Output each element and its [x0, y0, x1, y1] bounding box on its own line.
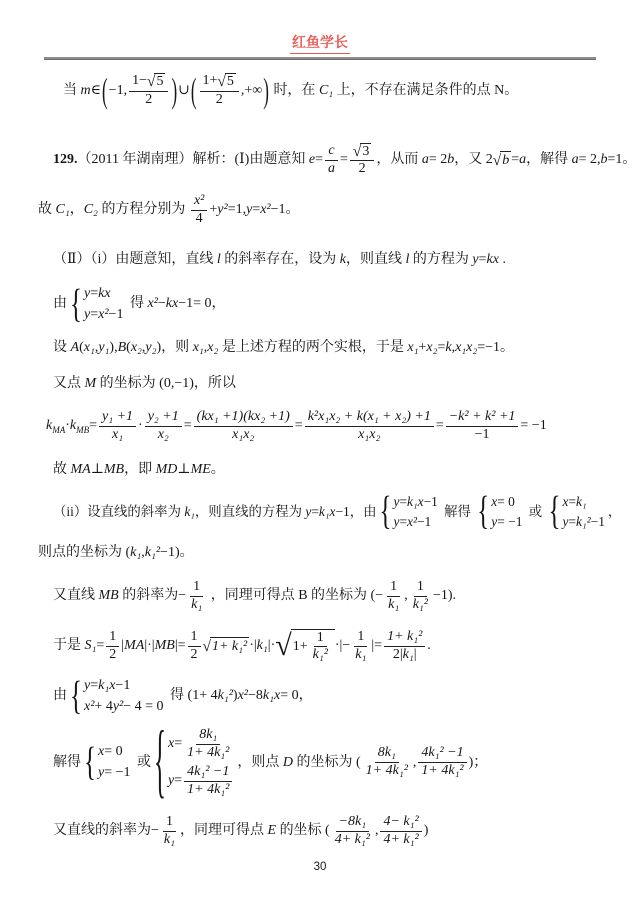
denominator: 1+ 4k₁² — [184, 745, 232, 762]
left-brace-icon: { — [380, 492, 392, 532]
numerator: 1 — [106, 629, 119, 647]
cases-group: { y=k₁x−1 x²+ 4y²− 4 = 0 — [70, 677, 164, 716]
line-system-kx: 由 { y=kx y=x²−1 得 x²−kx−1= 0， — [38, 285, 602, 324]
math-var: ME — [191, 461, 211, 479]
math-var: A — [71, 339, 80, 357]
text-run: ), — [109, 339, 117, 357]
numerator: 4k₁² −1 — [184, 764, 232, 782]
math-var: y₁ — [98, 339, 109, 357]
text-run: = — [479, 251, 487, 269]
math-var: x₁x₂ — [455, 339, 477, 357]
math-var: C₁ — [56, 201, 70, 219]
fraction: 1k₁ — [188, 579, 205, 614]
text-run: . — [499, 251, 506, 269]
text-run: 是上述方程的两个实根，于是 — [218, 339, 407, 357]
denominator: k₁ — [161, 832, 178, 849]
math-var: b — [601, 151, 608, 169]
line-problem-129: 129.（2011 年湖南理）解析：(Ⅰ)由题意知 e= ca = √3 2 ，… — [38, 143, 602, 179]
text-run: ，同理可得点 — [180, 822, 268, 840]
math-var: MA — [124, 637, 144, 655]
math-var: a — [422, 151, 429, 169]
numerator: k²x₁x₂ + k(x₁ + x₂) +1 — [305, 409, 434, 427]
line-slope-product: kMA·kMB= y₁ +1x₁ · y₂ +1x₂ = (kx₁ +1)(kx… — [38, 409, 602, 444]
problem-number: 129. — [53, 151, 78, 169]
text-run: = — [96, 637, 104, 655]
text-run: = — [399, 513, 407, 531]
text-run: −1。 — [271, 201, 300, 219]
denominator: −1 — [472, 427, 493, 444]
text-run: 故 — [53, 461, 71, 479]
math-var: x₂ — [131, 339, 142, 357]
text-run: = — [90, 306, 98, 324]
denominator: 1+ 4k₁² — [184, 782, 232, 799]
sqrt-radical: √3 — [353, 143, 371, 161]
case-row: y=kx — [84, 285, 111, 303]
numerator: y₁ +1 — [99, 409, 136, 427]
numerator: 1 — [414, 579, 427, 597]
radicand: 5 — [225, 73, 236, 91]
cases-group: { x=k₁ y=k₁²−1 — [549, 493, 605, 530]
line-slope-mb: 又直线 MB 的斜率为− 1k₁ ，同理可得点 B 的坐标为 (− 1k₁ , … — [38, 579, 602, 614]
denominator: 2 — [142, 92, 155, 109]
math-var: k₁x — [407, 493, 424, 511]
text-run: （2011 年湖南理）解析：(Ⅰ)由题意知 — [78, 151, 309, 169]
denominator: 4 — [193, 211, 206, 228]
left-brace-icon: { — [84, 743, 96, 783]
line-system-ellipse: 由 { y=k₁x−1 x²+ 4y²− 4 = 0 得 (1+ 4k₁²)x²… — [38, 677, 602, 716]
denominator: 2|k₁| — [390, 647, 420, 664]
denominator: 2 — [356, 161, 369, 178]
denominator: k₁ — [352, 647, 369, 664]
radicand: b — [500, 151, 511, 170]
text-run: = — [511, 151, 519, 169]
fraction: 1+ k₁²2|k₁| — [384, 629, 425, 664]
radicand: 5 — [154, 73, 165, 91]
line-curve-equations: 故 C₁，C₂ 的方程分别为 x²4 +y²=1,y=x²−1。 — [38, 193, 602, 228]
fraction: √3 2 — [350, 143, 374, 179]
math-var: x₁ — [193, 339, 204, 357]
math-var: x₁ — [407, 339, 418, 357]
fraction: y₁ +1x₁ — [99, 409, 136, 444]
text-run: 设 — [53, 339, 71, 357]
text-run: 解得 — [53, 754, 81, 772]
case-row: y=4k₁² −11+ 4k₁² — [168, 764, 234, 799]
text-run: ⊥ — [91, 461, 104, 479]
denominator: k₁² — [410, 597, 431, 614]
fraction: k²x₁x₂ + k(x₁ + x₂) +1x₁x₂ — [305, 409, 434, 444]
fraction: 8k₁1+ 4k₁² — [363, 745, 411, 780]
sqrt-radical: √1+1k₁² — [275, 629, 335, 665]
numerator: 8k₁ — [196, 727, 220, 745]
text-run: = — [568, 493, 576, 511]
text-run: ·|− — [335, 637, 350, 655]
text-run: 由 — [53, 687, 67, 705]
math-var: x₁ — [84, 339, 95, 357]
text-run: , — [404, 587, 408, 605]
fraction: 1k₁ — [161, 814, 178, 849]
case-row: y=x²−1 — [84, 306, 123, 324]
text-run: = — [311, 503, 319, 521]
denominator: 4+ k₁² — [380, 832, 421, 849]
text-run: ，又 2 — [454, 151, 493, 169]
text-run: = — [295, 417, 303, 435]
line-part2-i: （Ⅱ）（i）由题意知，直线 l 的斜率存在，设为 k，则直线 l 的方程为 y=… — [38, 251, 602, 269]
fraction: 8k₁1+ 4k₁² — [184, 727, 232, 762]
text-run: ，则直线 — [346, 251, 406, 269]
text-run: |= — [175, 637, 186, 655]
fraction: 4− k₁²4+ k₁² — [380, 814, 421, 849]
math-var: C₂ — [84, 201, 98, 219]
math-var: B — [118, 339, 127, 357]
fraction: 1−√5 2 — [129, 73, 168, 109]
text-run: = 0， — [280, 687, 312, 705]
text-run: = 0 — [104, 743, 122, 761]
text-run: −1 — [417, 513, 431, 531]
text-run: 1− — [132, 73, 147, 91]
numerator: 1−√5 — [129, 73, 168, 92]
math-var: k₁x — [319, 503, 336, 521]
text-run: )； — [469, 754, 488, 772]
numerator: 1 — [188, 629, 201, 647]
math-var: x² — [98, 306, 108, 324]
numerator: 4− k₁² — [380, 814, 421, 832]
fraction: 4k₁² −11+ 4k₁² — [184, 764, 232, 799]
header-title: 红鱼学长 — [290, 32, 350, 54]
text-run: ， — [70, 201, 84, 219]
numerator: 1 — [190, 579, 203, 597]
numerator: c — [325, 143, 337, 161]
text-run: |= — [371, 637, 382, 655]
denominator: x₁x₂ — [229, 427, 257, 444]
rparen-icon: ) — [263, 73, 269, 108]
radicand: 1+ k₁² — [210, 637, 249, 656]
math-var: S₁ — [85, 637, 97, 655]
text-run: 当 — [63, 82, 81, 100]
cases-group: { x=8k₁1+ 4k₁² y=4k₁² −11+ 4k₁² — [154, 727, 234, 798]
math-var: D — [283, 754, 293, 772]
line-point-e: 又直线的斜率为− 1k₁ ，同理可得点 E 的坐标 ( −8k₁4+ k₁² ,… — [38, 814, 602, 849]
fraction: 1k₁² — [310, 630, 331, 665]
fraction: −8k₁4+ k₁² — [332, 814, 373, 849]
fraction: 1k₁ — [352, 629, 369, 664]
line-area-s1: 于是 S₁= 12 |MA|·|MB|= 12 √1+ k₁² ·|k₁|· √… — [38, 629, 602, 665]
text-run: = — [174, 735, 182, 753]
text-run: 1+ — [203, 73, 218, 91]
text-run: 的坐标 ( — [276, 822, 330, 840]
text-run: （Ⅱ）（i）由题意知，直线 — [53, 251, 217, 269]
case-rows: y=k₁x−1 y=x²−1 — [394, 493, 438, 530]
numerator: 1+√5 — [200, 73, 239, 92]
fraction: (kx₁ +1)(kx₂ +1)x₁x₂ — [194, 409, 293, 444]
text-run: −1). — [433, 587, 456, 605]
text-run: | — [414, 647, 417, 664]
text-run: = — [568, 513, 576, 531]
text-run: −1 — [591, 513, 605, 531]
text-run: ，即 — [124, 461, 156, 479]
lparen-icon: ( — [102, 73, 108, 108]
fraction: −k² + k² +1−1 — [446, 409, 519, 444]
math-var: x² — [407, 513, 417, 531]
text-run: 时，在 — [270, 82, 319, 100]
sqrt-radical: √b — [493, 151, 511, 170]
left-brace-icon: { — [154, 722, 166, 805]
text-run: · — [138, 417, 143, 435]
math-var: kx — [98, 285, 110, 303]
text-run: , — [413, 754, 417, 772]
case-row: x²+ 4y²− 4 = 0 — [84, 698, 164, 716]
radicand: 1+1k₁² — [291, 629, 335, 665]
math-var: k₁ — [576, 493, 587, 511]
text-run: 又直线的斜率为− — [53, 822, 159, 840]
text-run: =−1。 — [477, 339, 514, 357]
text-run: ，则点 — [237, 754, 283, 772]
text-run: 1+ — [293, 638, 308, 656]
numerator: 4k₁² −1 — [418, 745, 466, 763]
text-run: − — [158, 295, 166, 313]
cases-group: { x= 0 y= −1 — [84, 743, 131, 782]
math-var: C₁ — [319, 82, 333, 100]
text-run: 得 — [126, 295, 147, 313]
text-run: −1 — [109, 306, 124, 324]
math-var: x² — [238, 687, 248, 705]
page-number: 30 — [38, 861, 602, 873]
case-rows: x=k₁ y=k₁²−1 — [563, 493, 605, 530]
case-row: y= −1 — [98, 764, 131, 782]
numerator: 8k₁ — [375, 745, 399, 763]
math-var: MB — [99, 587, 119, 605]
text-run: ,+∞ — [241, 82, 262, 100]
text-run: , — [375, 822, 379, 840]
fraction: x²4 — [191, 193, 207, 228]
line-m-range: 当 m∈ ( −1, 1−√5 2 ) ∪ ( 1+√5 2 ,+∞ ) 时，在… — [38, 73, 602, 109]
text-run: = — [90, 285, 98, 303]
math-var: kx — [487, 251, 499, 269]
text-run: = 2 — [429, 151, 447, 169]
math-var: x₂ — [426, 339, 437, 357]
denominator: 2 — [106, 647, 119, 664]
line-perpendicular: 故 MA⊥MB，即 MD⊥ME。 — [38, 461, 602, 479]
text-run: 故 — [38, 201, 56, 219]
math-var: b — [447, 151, 454, 169]
left-brace-icon: { — [70, 285, 82, 325]
numerator: −8k₁ — [336, 814, 370, 832]
text-run: = — [399, 493, 407, 511]
text-run: 的斜率存在，设为 — [221, 251, 340, 269]
text-run: 得 (1+ 4 — [167, 687, 218, 705]
page-header: 红鱼学长 — [38, 0, 602, 60]
text-run: = — [437, 339, 445, 357]
case-rows: x= 0 y= −1 — [491, 493, 522, 530]
text-run: ∈ — [91, 82, 101, 100]
case-row: y=k₁²−1 — [563, 513, 605, 531]
math-var: x² — [260, 201, 270, 219]
text-run: −1 — [424, 493, 438, 511]
math-var: E — [268, 822, 277, 840]
text-run: = −1 — [520, 417, 546, 435]
text-run: = — [315, 151, 323, 169]
denominator: 2 — [188, 647, 201, 664]
text-run: 或 — [134, 754, 152, 772]
math-var: y² — [217, 201, 227, 219]
numerator: 1 — [163, 814, 176, 832]
math-var: a — [572, 151, 579, 169]
numerator: y₂ +1 — [145, 409, 182, 427]
math-var: kx — [166, 295, 178, 313]
text-run: ，解得 — [526, 151, 572, 169]
text-run: = — [184, 417, 192, 435]
text-run: )，则 — [157, 339, 193, 357]
text-run: −1, — [109, 82, 127, 100]
fraction: 4k₁² −11+ 4k₁² — [418, 745, 466, 780]
text-run: = — [90, 677, 98, 695]
fraction: 12 — [188, 629, 201, 664]
text-run: （ii）设直线的斜率为 — [53, 503, 184, 521]
left-brace-icon: { — [477, 492, 489, 532]
case-row: x= 0 — [491, 493, 515, 511]
line-roots: 设 A(x₁,y₁),B(x₂,y₂)，则 x₁,x₂ 是上述方程的两个实根，于… — [38, 339, 602, 357]
text-run: = — [174, 772, 182, 790]
math-var: MD — [156, 461, 178, 479]
cases-group: { y=kx y=x²−1 — [70, 285, 123, 324]
text-run: 或 — [525, 503, 545, 521]
text-run: . — [427, 637, 431, 655]
text-run: 。 — [211, 461, 225, 479]
text-run: = −1 — [497, 513, 522, 531]
text-run: = 2, — [579, 151, 601, 169]
case-row: x= 0 — [98, 743, 123, 761]
text-run: |· — [268, 637, 275, 655]
case-row: x=k₁ — [563, 493, 587, 511]
math-var: y² — [113, 698, 123, 716]
fraction: 1+√5 2 — [200, 73, 239, 109]
union-operator: ∪ — [178, 82, 190, 100]
text-run: = 0 — [497, 493, 515, 511]
denominator: x₂ — [155, 427, 172, 444]
math-var: a — [519, 151, 526, 169]
text-run: − 4 = 0 — [123, 698, 163, 716]
math-var: x² — [147, 295, 157, 313]
text-run: −1)。 — [160, 544, 194, 562]
math-var: x² — [84, 698, 94, 716]
numerator: 1 — [387, 579, 400, 597]
text-run: 的坐标为 ( — [293, 754, 361, 772]
denominator: x₁x₂ — [355, 427, 383, 444]
sqrt-radical: √5 — [147, 73, 165, 91]
text-run: ) — [424, 822, 429, 840]
case-row: y= −1 — [491, 513, 522, 531]
denominator: 1+ 4k₁² — [363, 763, 411, 780]
header-rule — [44, 57, 596, 60]
math-var: x₂ — [207, 339, 218, 357]
math-var: MB — [155, 637, 175, 655]
denominator: 4+ k₁² — [332, 832, 373, 849]
denominator: a — [325, 161, 338, 178]
text-run: = −1 — [104, 764, 130, 782]
text-run: 的坐标为 (0,−1)，所以 — [96, 375, 236, 393]
denominator: k₁ — [385, 597, 402, 614]
denominator: 1+ 4k₁² — [418, 763, 466, 780]
case-rows: y=kx y=x²−1 — [84, 285, 123, 324]
text-run: + 4 — [94, 698, 112, 716]
radicand: 3 — [360, 143, 371, 161]
line-point-m: 又点 M 的坐标为 (0,−1)，所以 — [38, 375, 602, 393]
numerator: 1+ k₁² — [384, 629, 425, 647]
numerator: 1 — [314, 630, 327, 648]
lparen-icon: ( — [191, 73, 197, 108]
text-run: 则点的坐标为 ( — [38, 544, 130, 562]
text-run: ，从而 — [376, 151, 422, 169]
denominator: x₁ — [109, 427, 126, 444]
text-run: |·| — [144, 637, 154, 655]
text-run: ，同理可得点 B 的坐标为 (− — [207, 587, 383, 605]
text-run: 解得 — [441, 503, 474, 521]
math-var: k₁² — [145, 544, 160, 562]
text-run: =1, — [228, 201, 246, 219]
text-run: −8 — [248, 687, 263, 705]
numerator: −k² + k² +1 — [446, 409, 519, 427]
text-run: = — [340, 151, 348, 169]
text-run: 2| — [393, 647, 403, 664]
case-rows: x=8k₁1+ 4k₁² y=4k₁² −11+ 4k₁² — [168, 727, 234, 798]
line-point-coords: 则点的坐标为 (k₁,k₁²−1)。 — [38, 544, 602, 562]
fraction: ca — [325, 143, 338, 178]
text-run: −1，由 — [335, 503, 376, 521]
math-var: k₁² — [218, 687, 233, 705]
numerator: 1 — [354, 629, 367, 647]
math-var: k₁x — [98, 677, 115, 695]
case-row: x=8k₁1+ 4k₁² — [168, 727, 234, 762]
rparen-icon: ) — [171, 73, 177, 108]
math-var: MA — [71, 461, 91, 479]
sqrt-radical: √1+ k₁² — [203, 637, 250, 656]
text-run: 于是 — [53, 637, 85, 655]
math-var: M — [85, 375, 97, 393]
text-run: 上，不存在满足条件的点 N。 — [333, 82, 518, 100]
denominator: 2 — [213, 92, 226, 109]
case-row: y=x²−1 — [394, 513, 432, 531]
math-var: k₁ — [130, 544, 141, 562]
cases-group: { x= 0 y= −1 — [477, 493, 522, 530]
text-run: ⊥ — [177, 461, 190, 479]
text-run: −1= 0， — [178, 295, 225, 313]
left-brace-icon: { — [70, 677, 82, 717]
denominator: k₁ — [188, 597, 205, 614]
fraction: 12 — [106, 629, 119, 664]
text-run: 又点 — [53, 375, 85, 393]
math-var: MB — [104, 461, 124, 479]
text-run: ·| — [249, 637, 256, 655]
math-var: k₁² — [576, 513, 591, 531]
case-rows: y=k₁x−1 x²+ 4y²− 4 = 0 — [84, 677, 164, 716]
text-run: ， — [608, 503, 621, 521]
case-row: y=k₁x−1 — [84, 677, 130, 695]
text-run: −1 — [115, 677, 130, 695]
numerator: √3 — [350, 143, 374, 162]
text-run: 又直线 — [53, 587, 99, 605]
case-row: y=k₁x−1 — [394, 493, 438, 511]
sqrt-radical: √5 — [217, 73, 235, 91]
fraction: 1k₁² — [410, 579, 431, 614]
math-var: k₁x — [263, 687, 280, 705]
text-run: 的方程为 — [409, 251, 472, 269]
denominator: k₁² — [310, 647, 331, 664]
text-run: 的斜率为− — [119, 587, 186, 605]
math-var: k₁ — [184, 503, 195, 521]
math-var: k₁ — [257, 637, 268, 655]
text-run: = — [436, 417, 444, 435]
line-point-d: 解得 { x= 0 y= −1 或 { x=8k₁1+ 4k₁² y=4k₁² … — [38, 727, 602, 798]
fraction: 1k₁ — [385, 579, 402, 614]
